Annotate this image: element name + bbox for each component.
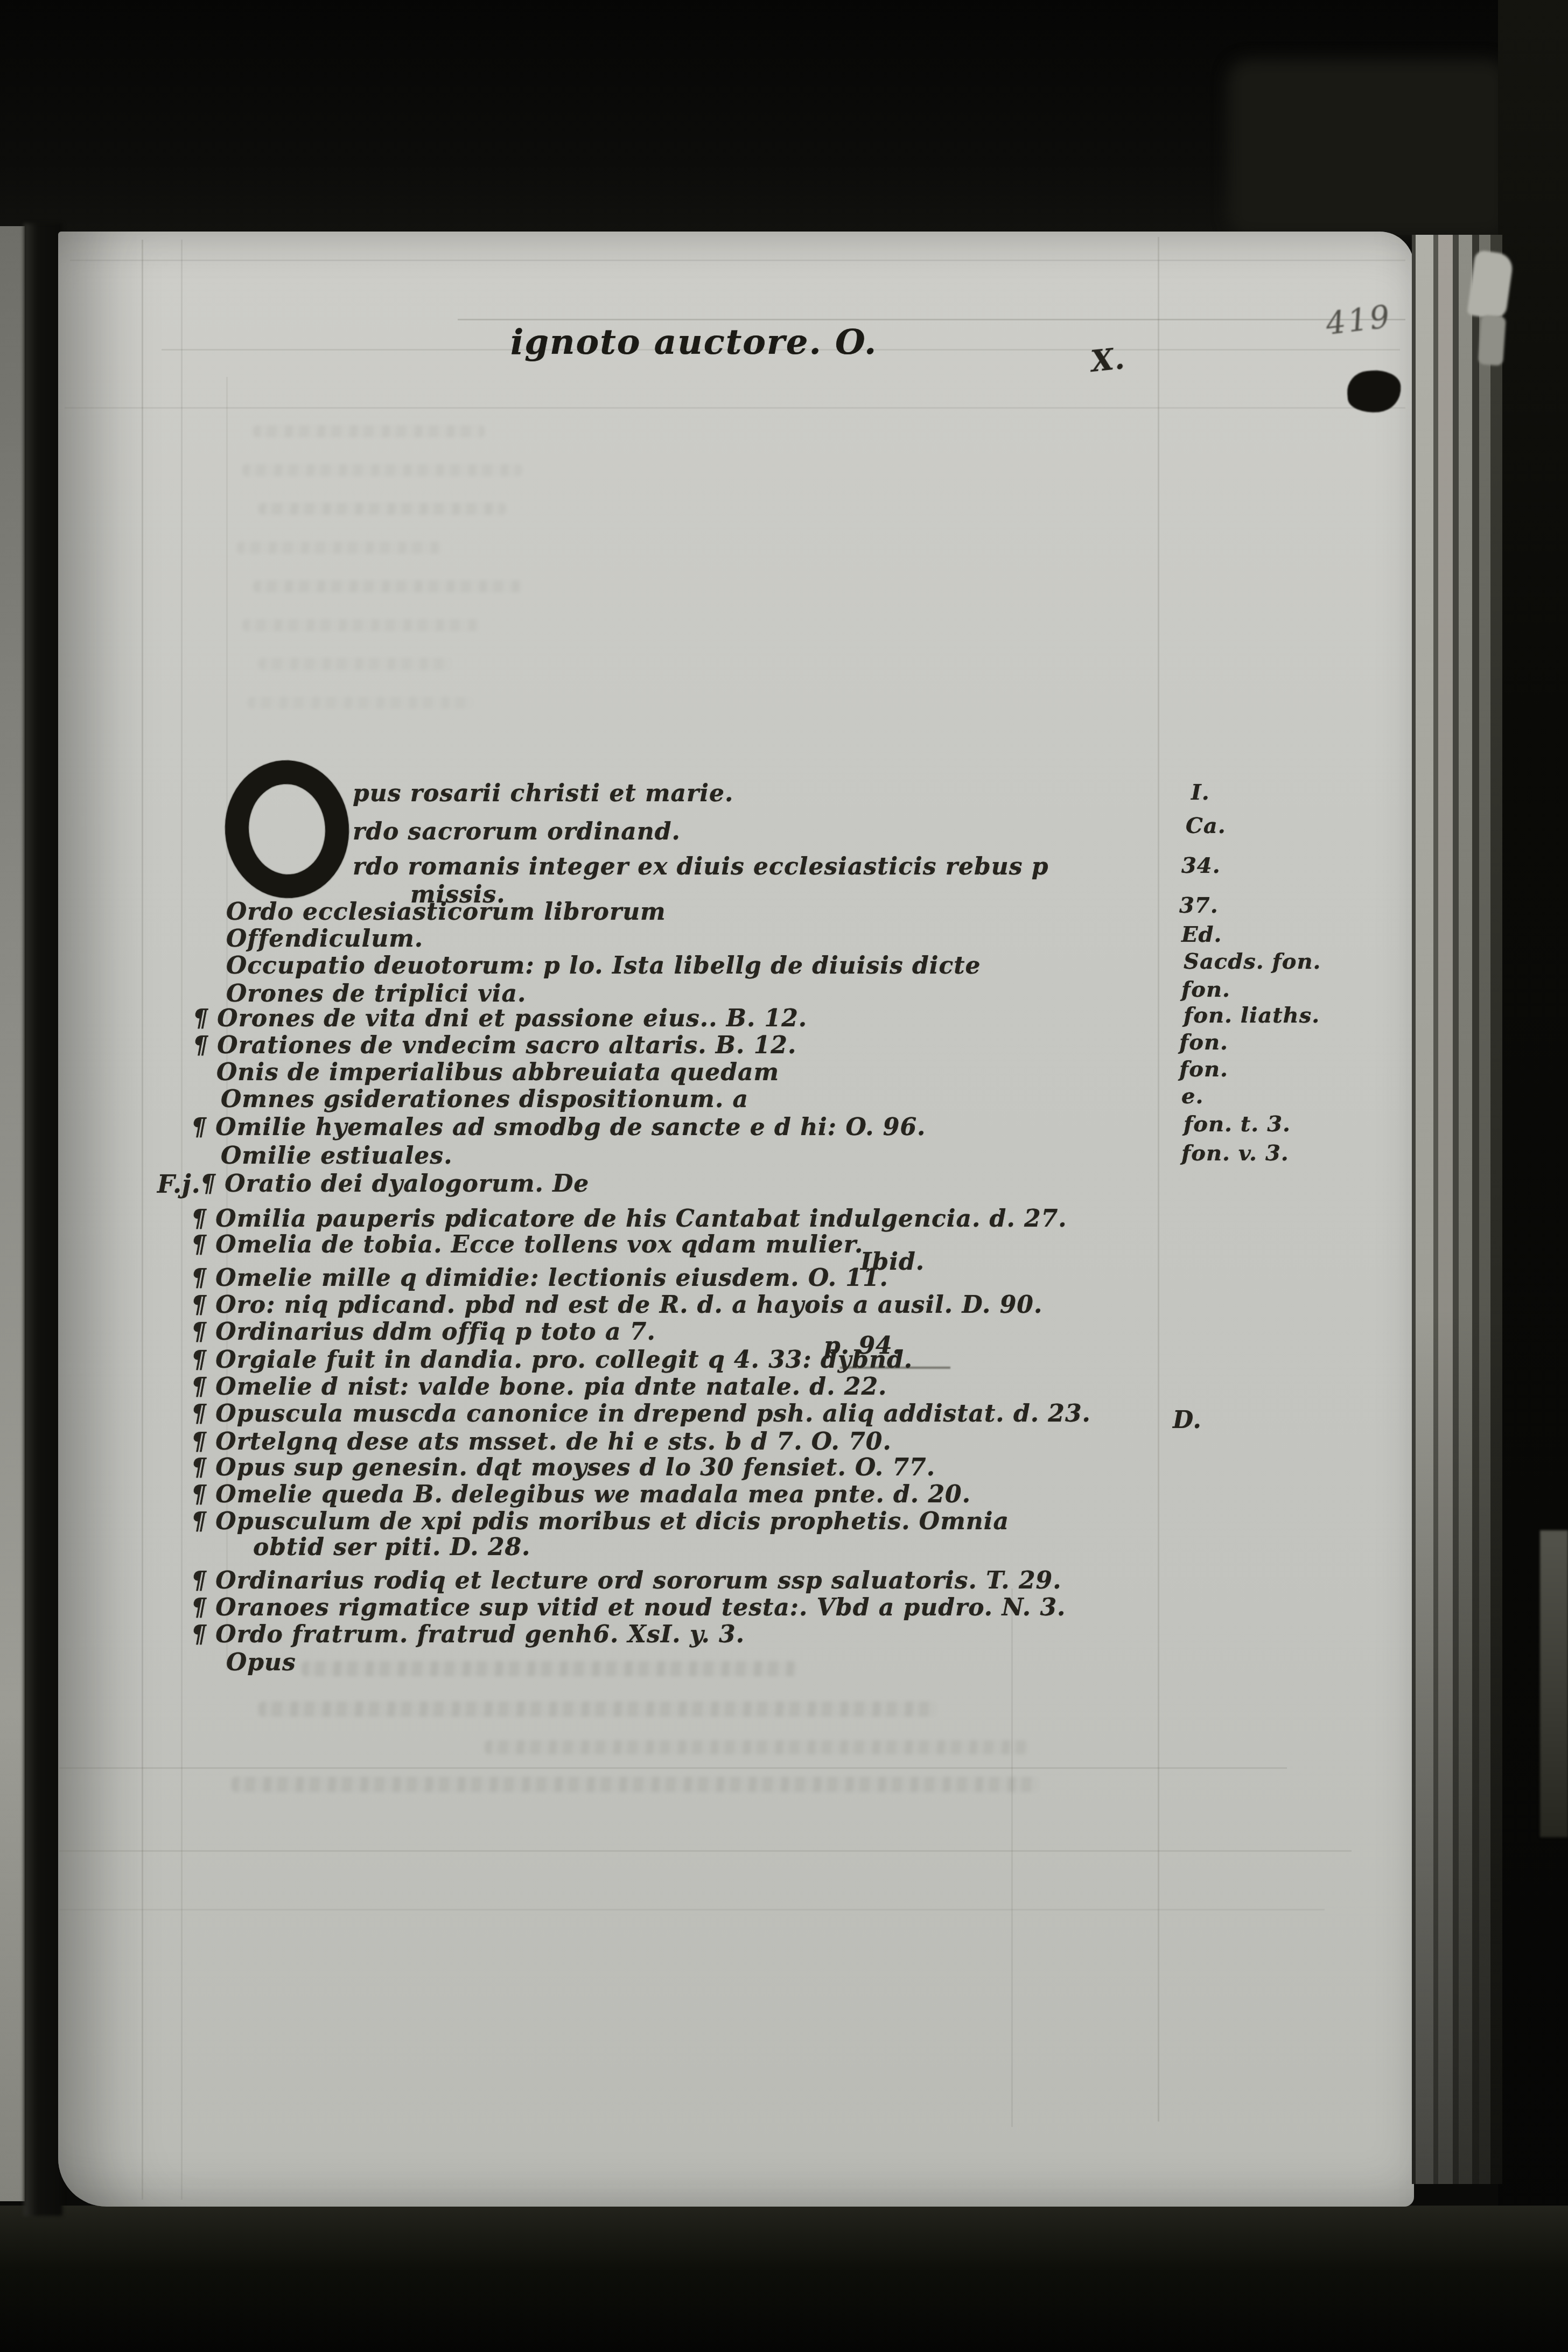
reference-mark: 37. (1179, 895, 1219, 916)
gutter-shadow (24, 223, 62, 2216)
manuscript-photo: ignoto auctore. O. X. 419 pus rosarii ch… (0, 0, 1568, 2352)
reference-mark: I. (1191, 782, 1210, 803)
section-mark: X. (1089, 341, 1126, 379)
ruling-line (181, 240, 183, 2200)
reference-mark: fon. (1181, 979, 1230, 1000)
bleedthrough-ghost-line (248, 697, 474, 709)
ruling-line (1011, 1588, 1013, 2127)
ruling-line (70, 260, 1405, 261)
reference-mark: fon. (1179, 1032, 1228, 1053)
reference-mark: fon. liaths. (1184, 1005, 1320, 1026)
text-line: Omnes gsiderationes dispositionum. a (221, 1088, 748, 1111)
text-line: ¶ Ordinarius rodiq et lecture ord sororu… (191, 1569, 1061, 1593)
page-edges-shade (1412, 235, 1502, 2184)
text-line: ¶ Omelie mille q dimidie: lectionis eius… (191, 1266, 888, 1290)
text-line: ¶ Oranoes rigmatice sup vitid et noud te… (191, 1596, 1066, 1620)
reference-mark: fon. t. 3. (1184, 1114, 1291, 1135)
reference-mark: 34. (1181, 855, 1221, 877)
text-line: ¶ Ordinarius ddm offiq p toto a 7. (191, 1320, 656, 1344)
underline-stroke (840, 1367, 950, 1369)
ruling-line (1158, 237, 1159, 2122)
bleedthrough-ghost-line (258, 503, 506, 515)
bleedthrough-ghost-line (485, 1740, 1028, 1754)
text-line: Ordo ecclesiasticorum librorum (226, 900, 666, 924)
bleedthrough-ghost-line (253, 580, 522, 592)
text-line: rdo sacrorum ordinand. (353, 820, 681, 844)
text-line: Omilie estiuales. (221, 1144, 452, 1168)
text-line: ¶ Omelie d nist: valde bone. pia dnte na… (191, 1375, 887, 1399)
facing-page-edge (0, 226, 25, 2201)
text-line: ¶ Ordo fratrum. fratrud genh6. XsI. y. 3… (191, 1623, 745, 1647)
text-line: pus rosarii christi et marie. (353, 782, 733, 806)
ruling-line (65, 407, 1405, 409)
text-line: ¶ Omilie hyemales ad smodbg de sancte e … (191, 1116, 926, 1139)
bleedthrough-ghost-line (253, 425, 485, 437)
text-line: ¶ Orgiale fuit in dandia. pro. collegit … (191, 1348, 913, 1372)
background-bottom (0, 2206, 1568, 2352)
reference-mark: Sacds. fon. (1184, 951, 1321, 972)
ruling-line (59, 1767, 1287, 1769)
bleedthrough-ghost-line (258, 658, 452, 670)
reference-mark: Ed. (1181, 924, 1222, 946)
book-board-edge (1228, 59, 1508, 237)
text-line: Offendiculum. (226, 927, 423, 951)
reference-mark: fon. (1179, 1059, 1228, 1080)
text-line: ¶ Oro: niq pdicand. pbd nd est de R. d. … (191, 1293, 1042, 1317)
bleedthrough-ghost-line (237, 542, 442, 554)
torn-corner-patch (1478, 315, 1506, 366)
text-line: ¶ Ortelgnq dese ats msset. de hi e sts. … (191, 1430, 892, 1454)
reference-mark: fon. v. 3. (1181, 1143, 1289, 1164)
text-line: ¶ Omilia pauperis pdicatore de his Canta… (191, 1207, 1067, 1231)
ruling-line (458, 319, 1405, 320)
text-line: ¶ Oratio dei dyalogorum. De (200, 1172, 589, 1196)
text-line: ¶ Opus sup genesin. dqt moyses d lo 30 f… (191, 1456, 935, 1480)
text-line: obtid ser piti. D. 28. (253, 1536, 530, 1559)
bleedthrough-ghost-line (242, 619, 479, 631)
text-line: ¶ Orones de vita dni et passione eius.. … (193, 1007, 807, 1031)
fore-edge-highlight (1540, 1530, 1568, 1837)
text-line: ¶ Opusculum de xpi pdis moribus et dicis… (191, 1510, 1009, 1534)
bleedthrough-ghost-line (232, 1777, 1039, 1792)
right-margin-mark: D. (1173, 1406, 1202, 1434)
text-line: ¶ Omelia de tobia. Ecce tollens vox qdam… (191, 1233, 863, 1257)
reference-mark: e. (1181, 1086, 1203, 1107)
ruling-line (142, 240, 143, 2200)
left-margin-mark: F.j. (157, 1170, 201, 1199)
bleedthrough-ghost-line (242, 464, 522, 476)
text-line: ¶ Omelie queda B. delegibus we madala me… (191, 1483, 971, 1507)
ruling-line (59, 1850, 1352, 1852)
background-right (1498, 0, 1568, 2352)
text-line: Orones de triplici via. (226, 982, 526, 1006)
bleedthrough-ghost-line (258, 1702, 937, 1717)
text-line: Onis de imperialibus abbreuiata quedam (216, 1061, 779, 1084)
reference-mark: Ca. (1186, 815, 1226, 837)
text-line: ¶ Orationes de vndecim sacro altaris. B.… (193, 1034, 796, 1058)
bleedthrough-ghost-line (302, 1661, 797, 1676)
ruling-line (59, 1909, 1325, 1910)
page-title: ignoto auctore. O. (510, 322, 877, 362)
text-line: ¶ Opuscula muscda canonice in drepend ps… (191, 1402, 1091, 1426)
text-line: Occupatio deuotorum: p lo. Ista libellg … (226, 954, 981, 978)
catchword: Opus (226, 1651, 296, 1675)
text-line: rdo romanis integer ex diuis ecclesiasti… (353, 855, 1049, 879)
